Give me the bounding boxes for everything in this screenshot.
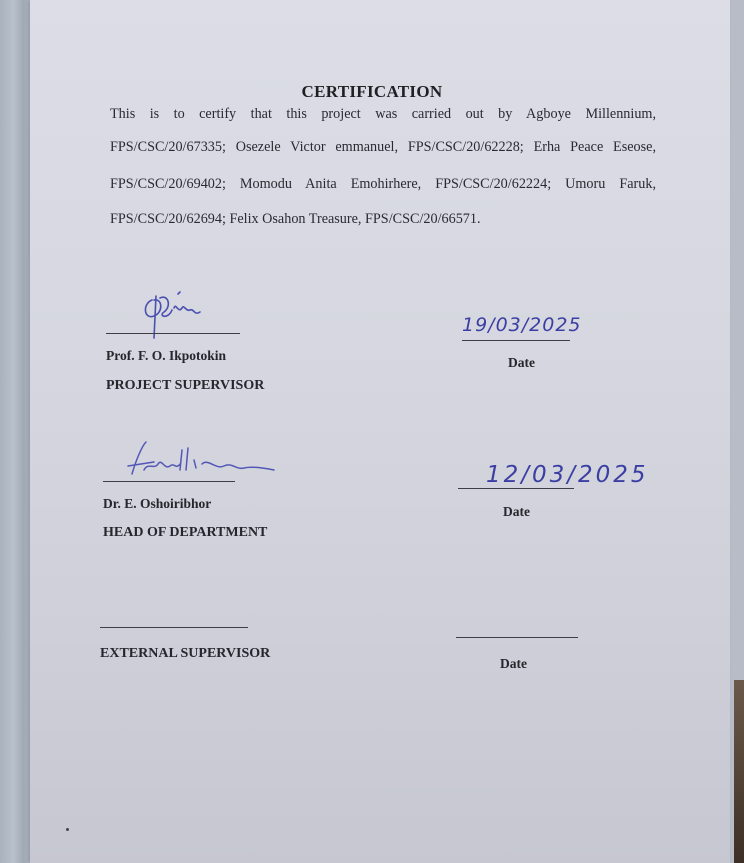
document-page: [30, 0, 730, 863]
certification-text-line: This is to certify that this project was…: [110, 106, 656, 123]
signatory-role: EXTERNAL SUPERVISOR: [100, 646, 270, 662]
date-label: Date: [500, 656, 527, 672]
date-line: [458, 488, 574, 489]
background-surface: [734, 680, 744, 863]
signatory-role: HEAD OF DEPARTMENT: [103, 525, 267, 541]
signatory-name: Prof. F. O. Ikpotokin: [106, 348, 226, 364]
date-label: Date: [503, 504, 530, 520]
signature-line: [103, 481, 235, 482]
date-line: [462, 340, 570, 341]
certification-text-line: FPS/CSC/20/69402; Momodu Anita Emohirher…: [110, 176, 656, 193]
handwritten-date: 19/03/2025: [462, 314, 582, 336]
date-line: [456, 637, 578, 638]
date-label: Date: [508, 355, 535, 371]
signatory-role: PROJECT SUPERVISOR: [106, 378, 264, 394]
signature-head-of-department: [124, 440, 284, 482]
signature-line: [106, 333, 240, 334]
certification-text-line: FPS/CSC/20/62694; Felix Osahon Treasure,…: [110, 211, 656, 228]
handwritten-signature-icon: [124, 440, 284, 482]
signature-line: [100, 627, 248, 628]
page-title: CERTIFICATION: [0, 82, 744, 102]
certification-text-line: FPS/CSC/20/67335; Osezele Victor emmanue…: [110, 139, 656, 156]
signatory-name: Dr. E. Oshoiribhor: [103, 496, 211, 512]
paper-speck: [66, 828, 69, 831]
handwritten-date: 12/03/2025: [486, 462, 649, 488]
binding-spine: [0, 0, 34, 863]
